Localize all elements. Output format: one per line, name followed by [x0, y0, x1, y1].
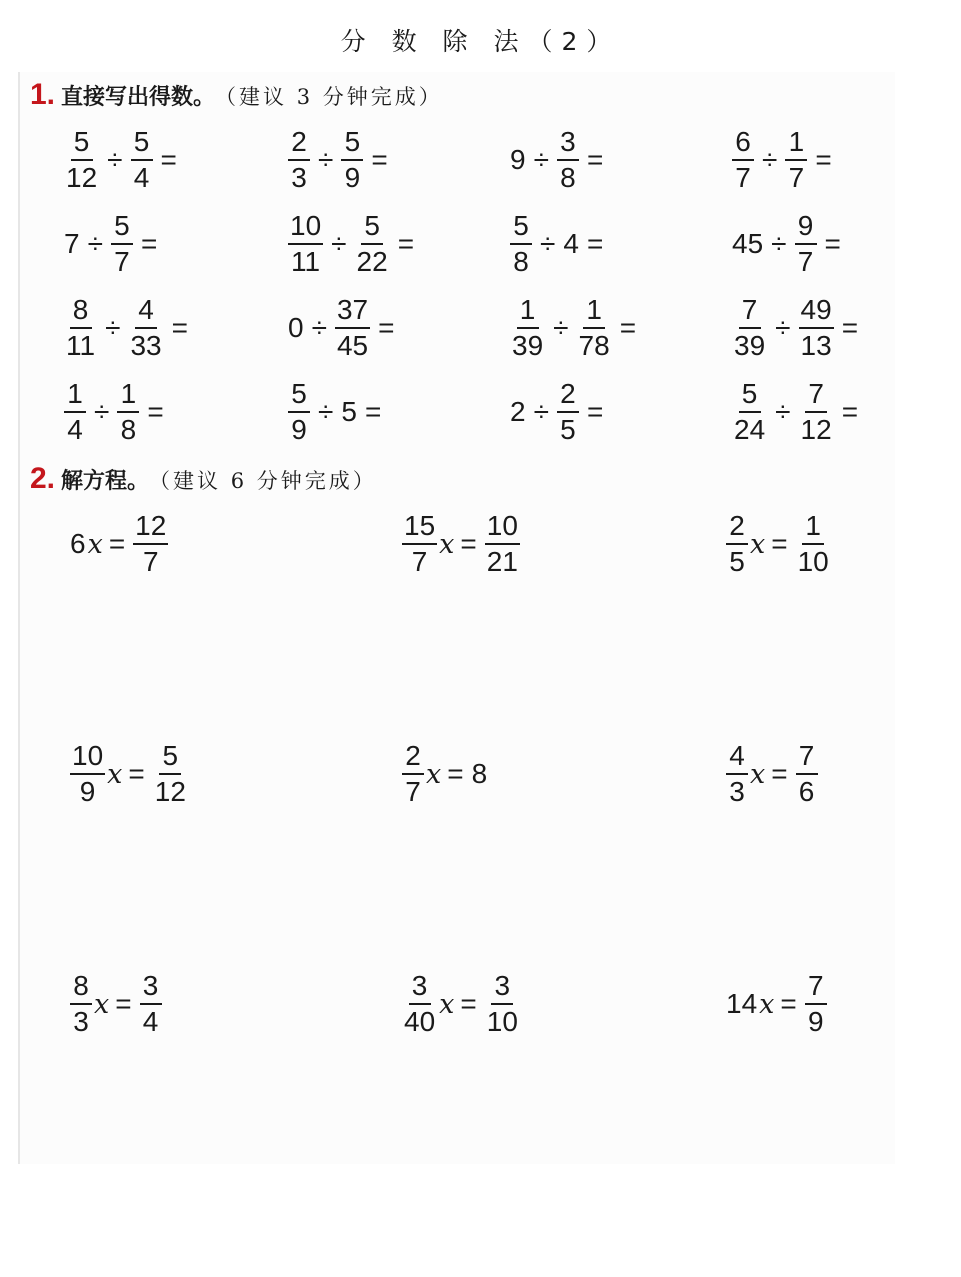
fraction: 811: [64, 296, 97, 360]
fraction: 54: [131, 128, 153, 192]
denominator: 45: [335, 329, 370, 360]
equation: 43x=76: [724, 742, 820, 806]
numerator: 2: [288, 128, 310, 161]
fraction: 522: [355, 212, 390, 276]
numerator: 4: [135, 296, 157, 329]
whole-number: 4: [563, 228, 579, 260]
numerator: 4: [726, 742, 748, 775]
fraction: 4913: [799, 296, 834, 360]
division-problem: 67÷17=: [730, 128, 838, 192]
numerator: 2: [726, 512, 748, 545]
equals-sign: =: [141, 228, 157, 260]
equals-sign: =: [161, 144, 177, 176]
equation: 27x=8: [400, 742, 489, 806]
equals-sign: =: [365, 396, 381, 428]
divide-sign: ÷: [88, 228, 103, 260]
variable-x: x: [759, 989, 774, 1020]
numerator: 7: [805, 972, 827, 1005]
variable-x: x: [439, 529, 454, 560]
numerator: 8: [70, 296, 92, 329]
divide-sign: ÷: [107, 144, 122, 176]
numerator: 7: [805, 380, 827, 413]
numerator: 8: [70, 972, 92, 1005]
numerator: 1: [785, 128, 807, 161]
denominator: 22: [355, 245, 390, 276]
divide-sign: ÷: [553, 312, 568, 344]
denominator: 5: [727, 545, 747, 576]
equation: 14x=79: [724, 972, 829, 1036]
divide-sign: ÷: [94, 396, 109, 428]
equation: 109x=512: [68, 742, 190, 806]
whole-number: 45: [732, 228, 763, 260]
whole-number: 5: [341, 396, 357, 428]
fraction: 524: [732, 380, 767, 444]
fraction: 110: [796, 512, 831, 576]
fraction: 25: [726, 512, 748, 576]
equation: 25x=110: [724, 512, 833, 576]
fraction: 23: [288, 128, 310, 192]
equals-sign: =: [460, 988, 476, 1020]
equals-sign: =: [109, 528, 125, 560]
numerator: 1: [64, 380, 86, 413]
equals-sign: =: [378, 312, 394, 344]
fraction: 1021: [485, 512, 520, 576]
fraction: 340: [402, 972, 437, 1036]
division-problem: 739÷4913=: [730, 296, 864, 360]
numerator: 37: [335, 296, 370, 329]
fraction: 109: [70, 742, 105, 806]
equation: 83x=34: [68, 972, 164, 1036]
numerator: 3: [140, 972, 162, 1005]
denominator: 12: [799, 413, 834, 444]
whole-number: 14: [726, 988, 757, 1020]
denominator: 3: [727, 775, 747, 806]
equals-sign: =: [780, 988, 796, 1020]
numerator: 5: [739, 380, 761, 413]
division-problem: 58÷4=: [508, 212, 609, 276]
denominator: 5: [558, 413, 578, 444]
numerator: 6: [732, 128, 754, 161]
denominator: 33: [128, 329, 163, 360]
denominator: 40: [402, 1005, 437, 1036]
denominator: 3: [71, 1005, 91, 1036]
whole-number: 0: [288, 312, 304, 344]
divide-sign: ÷: [771, 228, 786, 260]
numerator: 1: [517, 296, 539, 329]
division-problem: 0÷3745=: [286, 296, 400, 360]
variable-x: x: [439, 989, 454, 1020]
whole-number: 2: [510, 396, 526, 428]
divide-sign: ÷: [540, 228, 555, 260]
denominator: 8: [511, 245, 531, 276]
numerator: 5: [341, 128, 363, 161]
denominator: 24: [732, 413, 767, 444]
divide-sign: ÷: [534, 144, 549, 176]
section-1-hint: （建议 3 分钟完成）: [215, 81, 443, 111]
divide-sign: ÷: [775, 312, 790, 344]
numerator: 5: [111, 212, 133, 245]
equals-sign: =: [842, 312, 858, 344]
section-2-label: 解方程。: [61, 464, 149, 495]
numerator: 3: [491, 972, 513, 1005]
numerator: 7: [739, 296, 761, 329]
equals-sign: =: [587, 396, 603, 428]
numerator: 3: [557, 128, 579, 161]
denominator: 4: [141, 1005, 161, 1036]
denominator: 12: [64, 161, 99, 192]
equals-sign: =: [128, 758, 144, 790]
fraction: 17: [785, 128, 807, 192]
numerator: 49: [799, 296, 834, 329]
division-problem: 524÷712=: [730, 380, 864, 444]
fraction: 38: [557, 128, 579, 192]
variable-x: x: [94, 989, 109, 1020]
numerator: 1: [583, 296, 605, 329]
fraction: 14: [64, 380, 86, 444]
divide-sign: ÷: [312, 312, 327, 344]
equals-sign: =: [115, 988, 131, 1020]
fraction: 97: [795, 212, 817, 276]
denominator: 39: [732, 329, 767, 360]
fraction: 739: [732, 296, 767, 360]
numerator: 1: [117, 380, 139, 413]
fraction: 127: [133, 512, 168, 576]
section-2-number: 2.: [30, 462, 55, 496]
numerator: 3: [409, 972, 431, 1005]
denominator: 9: [343, 161, 363, 192]
fraction: 512: [153, 742, 188, 806]
equals-sign: =: [447, 758, 463, 790]
variable-x: x: [750, 529, 765, 560]
denominator: 78: [577, 329, 612, 360]
fraction: 712: [799, 380, 834, 444]
numerator: 5: [510, 212, 532, 245]
fraction: 34: [140, 972, 162, 1036]
divide-sign: ÷: [534, 396, 549, 428]
equation: 340x=310: [400, 972, 522, 1036]
denominator: 12: [153, 775, 188, 806]
equation: 157x=1021: [400, 512, 522, 576]
fraction: 25: [557, 380, 579, 444]
equals-sign: =: [825, 228, 841, 260]
numerator: 5: [71, 128, 93, 161]
denominator: 9: [78, 775, 98, 806]
denominator: 7: [410, 545, 430, 576]
numerator: 12: [133, 512, 168, 545]
divide-sign: ÷: [762, 144, 777, 176]
numerator: 15: [402, 512, 437, 545]
division-problem: 2÷25=: [508, 380, 609, 444]
denominator: 8: [558, 161, 578, 192]
division-problem: 139÷178=: [508, 296, 642, 360]
equals-sign: =: [398, 228, 414, 260]
divide-sign: ÷: [318, 144, 333, 176]
fraction: 310: [485, 972, 520, 1036]
fraction: 67: [732, 128, 754, 192]
whole-number: 9: [510, 144, 526, 176]
fraction: 178: [577, 296, 612, 360]
denominator: 9: [806, 1005, 826, 1036]
numerator: 10: [485, 512, 520, 545]
numerator: 1: [802, 512, 824, 545]
denominator: 9: [289, 413, 309, 444]
division-problem: 14÷18=: [62, 380, 170, 444]
denominator: 21: [485, 545, 520, 576]
equals-sign: =: [147, 396, 163, 428]
denominator: 8: [119, 413, 139, 444]
fraction: 79: [805, 972, 827, 1036]
equals-sign: =: [172, 312, 188, 344]
numerator: 2: [402, 742, 424, 775]
fraction: 57: [111, 212, 133, 276]
denominator: 7: [112, 245, 132, 276]
denominator: 11: [64, 329, 97, 360]
numerator: 5: [159, 742, 181, 775]
denominator: 7: [733, 161, 753, 192]
denominator: 7: [141, 545, 161, 576]
denominator: 7: [403, 775, 423, 806]
divide-sign: ÷: [318, 396, 333, 428]
equals-sign: =: [620, 312, 636, 344]
section-2-hint: （建议 6 分钟完成）: [149, 465, 377, 495]
numerator: 5: [131, 128, 153, 161]
equals-sign: =: [842, 396, 858, 428]
division-problem: 59÷5=: [286, 380, 387, 444]
fraction: 433: [128, 296, 163, 360]
denominator: 3: [289, 161, 309, 192]
denominator: 4: [65, 413, 85, 444]
whole-number: 8: [472, 758, 488, 790]
divide-sign: ÷: [775, 396, 790, 428]
whole-number: 6: [70, 528, 86, 560]
fraction: 139: [510, 296, 545, 360]
section-2-header: 2. 解方程。 （建议 6 分钟完成）: [30, 462, 377, 496]
division-problem: 1011÷522=: [286, 212, 420, 276]
section-1-header: 1. 直接写出得数。 （建议 3 分钟完成）: [30, 78, 443, 112]
numerator: 7: [796, 742, 818, 775]
equals-sign: =: [771, 528, 787, 560]
variable-x: x: [426, 759, 441, 790]
division-problem: 512÷54=: [62, 128, 183, 192]
denominator: 7: [787, 161, 807, 192]
fraction: 27: [402, 742, 424, 806]
denominator: 11: [289, 245, 322, 276]
numerator: 5: [361, 212, 383, 245]
page-title: 分 数 除 法（2）: [0, 22, 961, 58]
equals-sign: =: [771, 758, 787, 790]
equals-sign: =: [587, 144, 603, 176]
numerator: 10: [70, 742, 105, 775]
denominator: 10: [485, 1005, 520, 1036]
divide-sign: ÷: [105, 312, 120, 344]
fraction: 3745: [335, 296, 370, 360]
denominator: 10: [796, 545, 831, 576]
fraction: 59: [288, 380, 310, 444]
equals-sign: =: [815, 144, 831, 176]
fraction: 59: [341, 128, 363, 192]
numerator: 5: [288, 380, 310, 413]
equals-sign: =: [587, 228, 603, 260]
section-1-label: 直接写出得数。: [61, 80, 215, 111]
section-1-number: 1.: [30, 78, 55, 112]
division-problem: 45÷97=: [730, 212, 847, 276]
fraction: 512: [64, 128, 99, 192]
division-problem: 811÷433=: [62, 296, 194, 360]
numerator: 2: [557, 380, 579, 413]
denominator: 4: [132, 161, 152, 192]
denominator: 7: [796, 245, 816, 276]
fraction: 58: [510, 212, 532, 276]
denominator: 6: [797, 775, 817, 806]
denominator: 13: [799, 329, 834, 360]
division-problem: 23÷59=: [286, 128, 394, 192]
variable-x: x: [88, 529, 103, 560]
equation: 6x=127: [68, 512, 170, 576]
division-problem: 9÷38=: [508, 128, 609, 192]
fraction: 83: [70, 972, 92, 1036]
equals-sign: =: [371, 144, 387, 176]
whole-number: 7: [64, 228, 80, 260]
equals-sign: =: [460, 528, 476, 560]
fraction: 1011: [288, 212, 323, 276]
fraction: 76: [796, 742, 818, 806]
numerator: 9: [795, 212, 817, 245]
fraction: 18: [117, 380, 139, 444]
numerator: 10: [288, 212, 323, 245]
variable-x: x: [107, 759, 122, 790]
denominator: 39: [510, 329, 545, 360]
variable-x: x: [750, 759, 765, 790]
fraction: 157: [402, 512, 437, 576]
division-problem: 7÷57=: [62, 212, 163, 276]
fraction: 43: [726, 742, 748, 806]
divide-sign: ÷: [331, 228, 346, 260]
